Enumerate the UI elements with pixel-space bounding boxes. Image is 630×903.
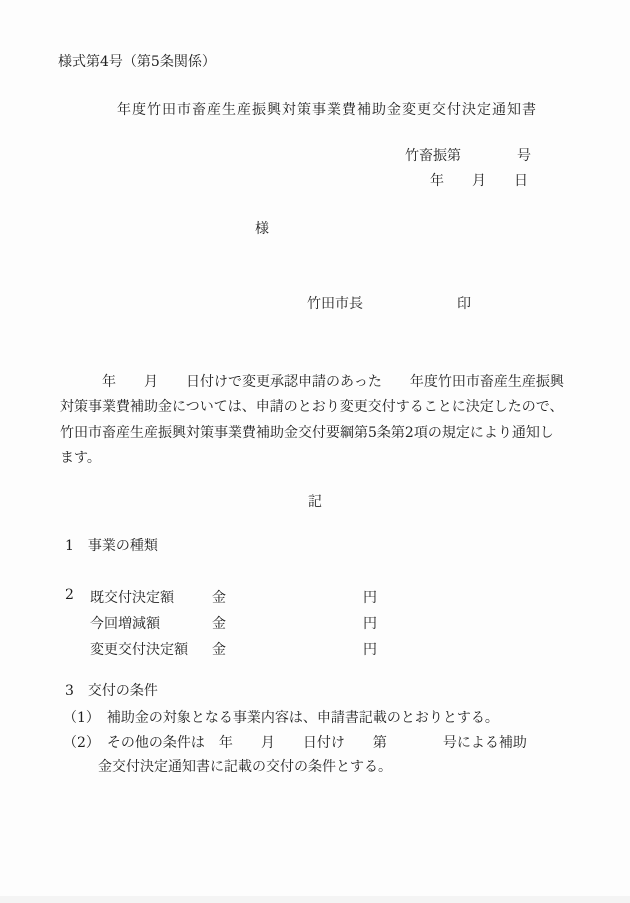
amount-unit: 円 bbox=[363, 613, 377, 633]
row-number: 2 bbox=[65, 587, 74, 603]
doc-number-line: 竹畜振第 号 bbox=[405, 148, 531, 164]
amount-prefix: 金 bbox=[212, 639, 226, 659]
record-heading: 記 bbox=[0, 491, 630, 511]
condition-item-2-line-2: 金交付決定通知書に記載の交付の条件とする。 bbox=[98, 759, 392, 775]
document-page: 様式第4号（第5条関係） 年度竹田市畜産生産振興対策事業費補助金変更交付決定通知… bbox=[0, 0, 630, 903]
body-paragraph-line-4: ます。 bbox=[60, 446, 580, 471]
row-label: 今回増減額 bbox=[90, 613, 160, 633]
form-number: 様式第4号（第5条関係） bbox=[58, 54, 216, 70]
row-label: 変更交付決定額 bbox=[90, 639, 188, 659]
addressee-honorific: 様 bbox=[255, 221, 269, 237]
document-title: 年度竹田市畜産生産振興対策事業費補助金変更交付決定通知書 bbox=[117, 102, 537, 118]
page-bottom-edge bbox=[0, 896, 630, 903]
section-2-amounts: 2 既交付決定額 金 円 今回増減額 金 円 変更交付決定額 金 円 bbox=[60, 587, 480, 665]
seal-placeholder: 印 bbox=[457, 296, 471, 312]
amount-prefix: 金 bbox=[212, 587, 226, 607]
section-1-heading: 1 事業の種類 bbox=[65, 538, 158, 554]
amount-unit: 円 bbox=[363, 639, 377, 659]
row-label: 既交付決定額 bbox=[90, 587, 174, 607]
body-paragraph-line-3: 竹田市畜産生産振興対策事業費補助金交付要綱第5条第2項の規定により通知し bbox=[60, 421, 580, 446]
body-paragraph-line-1: 年 月 日付けで変更承認申請のあった 年度竹田市畜産生産振興 bbox=[60, 370, 580, 395]
condition-item-2-line-1: （2） その他の条件は 年 月 日付け 第 号による補助 bbox=[63, 735, 527, 751]
body-paragraph: 年 月 日付けで変更承認申請のあった 年度竹田市畜産生産振興 対策事業費補助金に… bbox=[60, 370, 580, 471]
money-row: 変更交付決定額 金 円 bbox=[60, 639, 480, 665]
section-3-heading: 3 交付の条件 bbox=[65, 683, 158, 699]
money-row: 今回増減額 金 円 bbox=[60, 613, 480, 639]
condition-item-1: （1） 補助金の対象となる事業内容は、申請書記載のとおりとする。 bbox=[63, 710, 499, 726]
amount-unit: 円 bbox=[363, 587, 377, 607]
issue-date-line: 年 月 日 bbox=[430, 173, 528, 189]
body-paragraph-line-2: 対策事業費補助金については、申請のとおり変更交付することに決定したので、 bbox=[60, 395, 580, 420]
sender-title: 竹田市長 bbox=[307, 296, 363, 312]
money-row: 2 既交付決定額 金 円 bbox=[60, 587, 480, 613]
amount-prefix: 金 bbox=[212, 613, 226, 633]
